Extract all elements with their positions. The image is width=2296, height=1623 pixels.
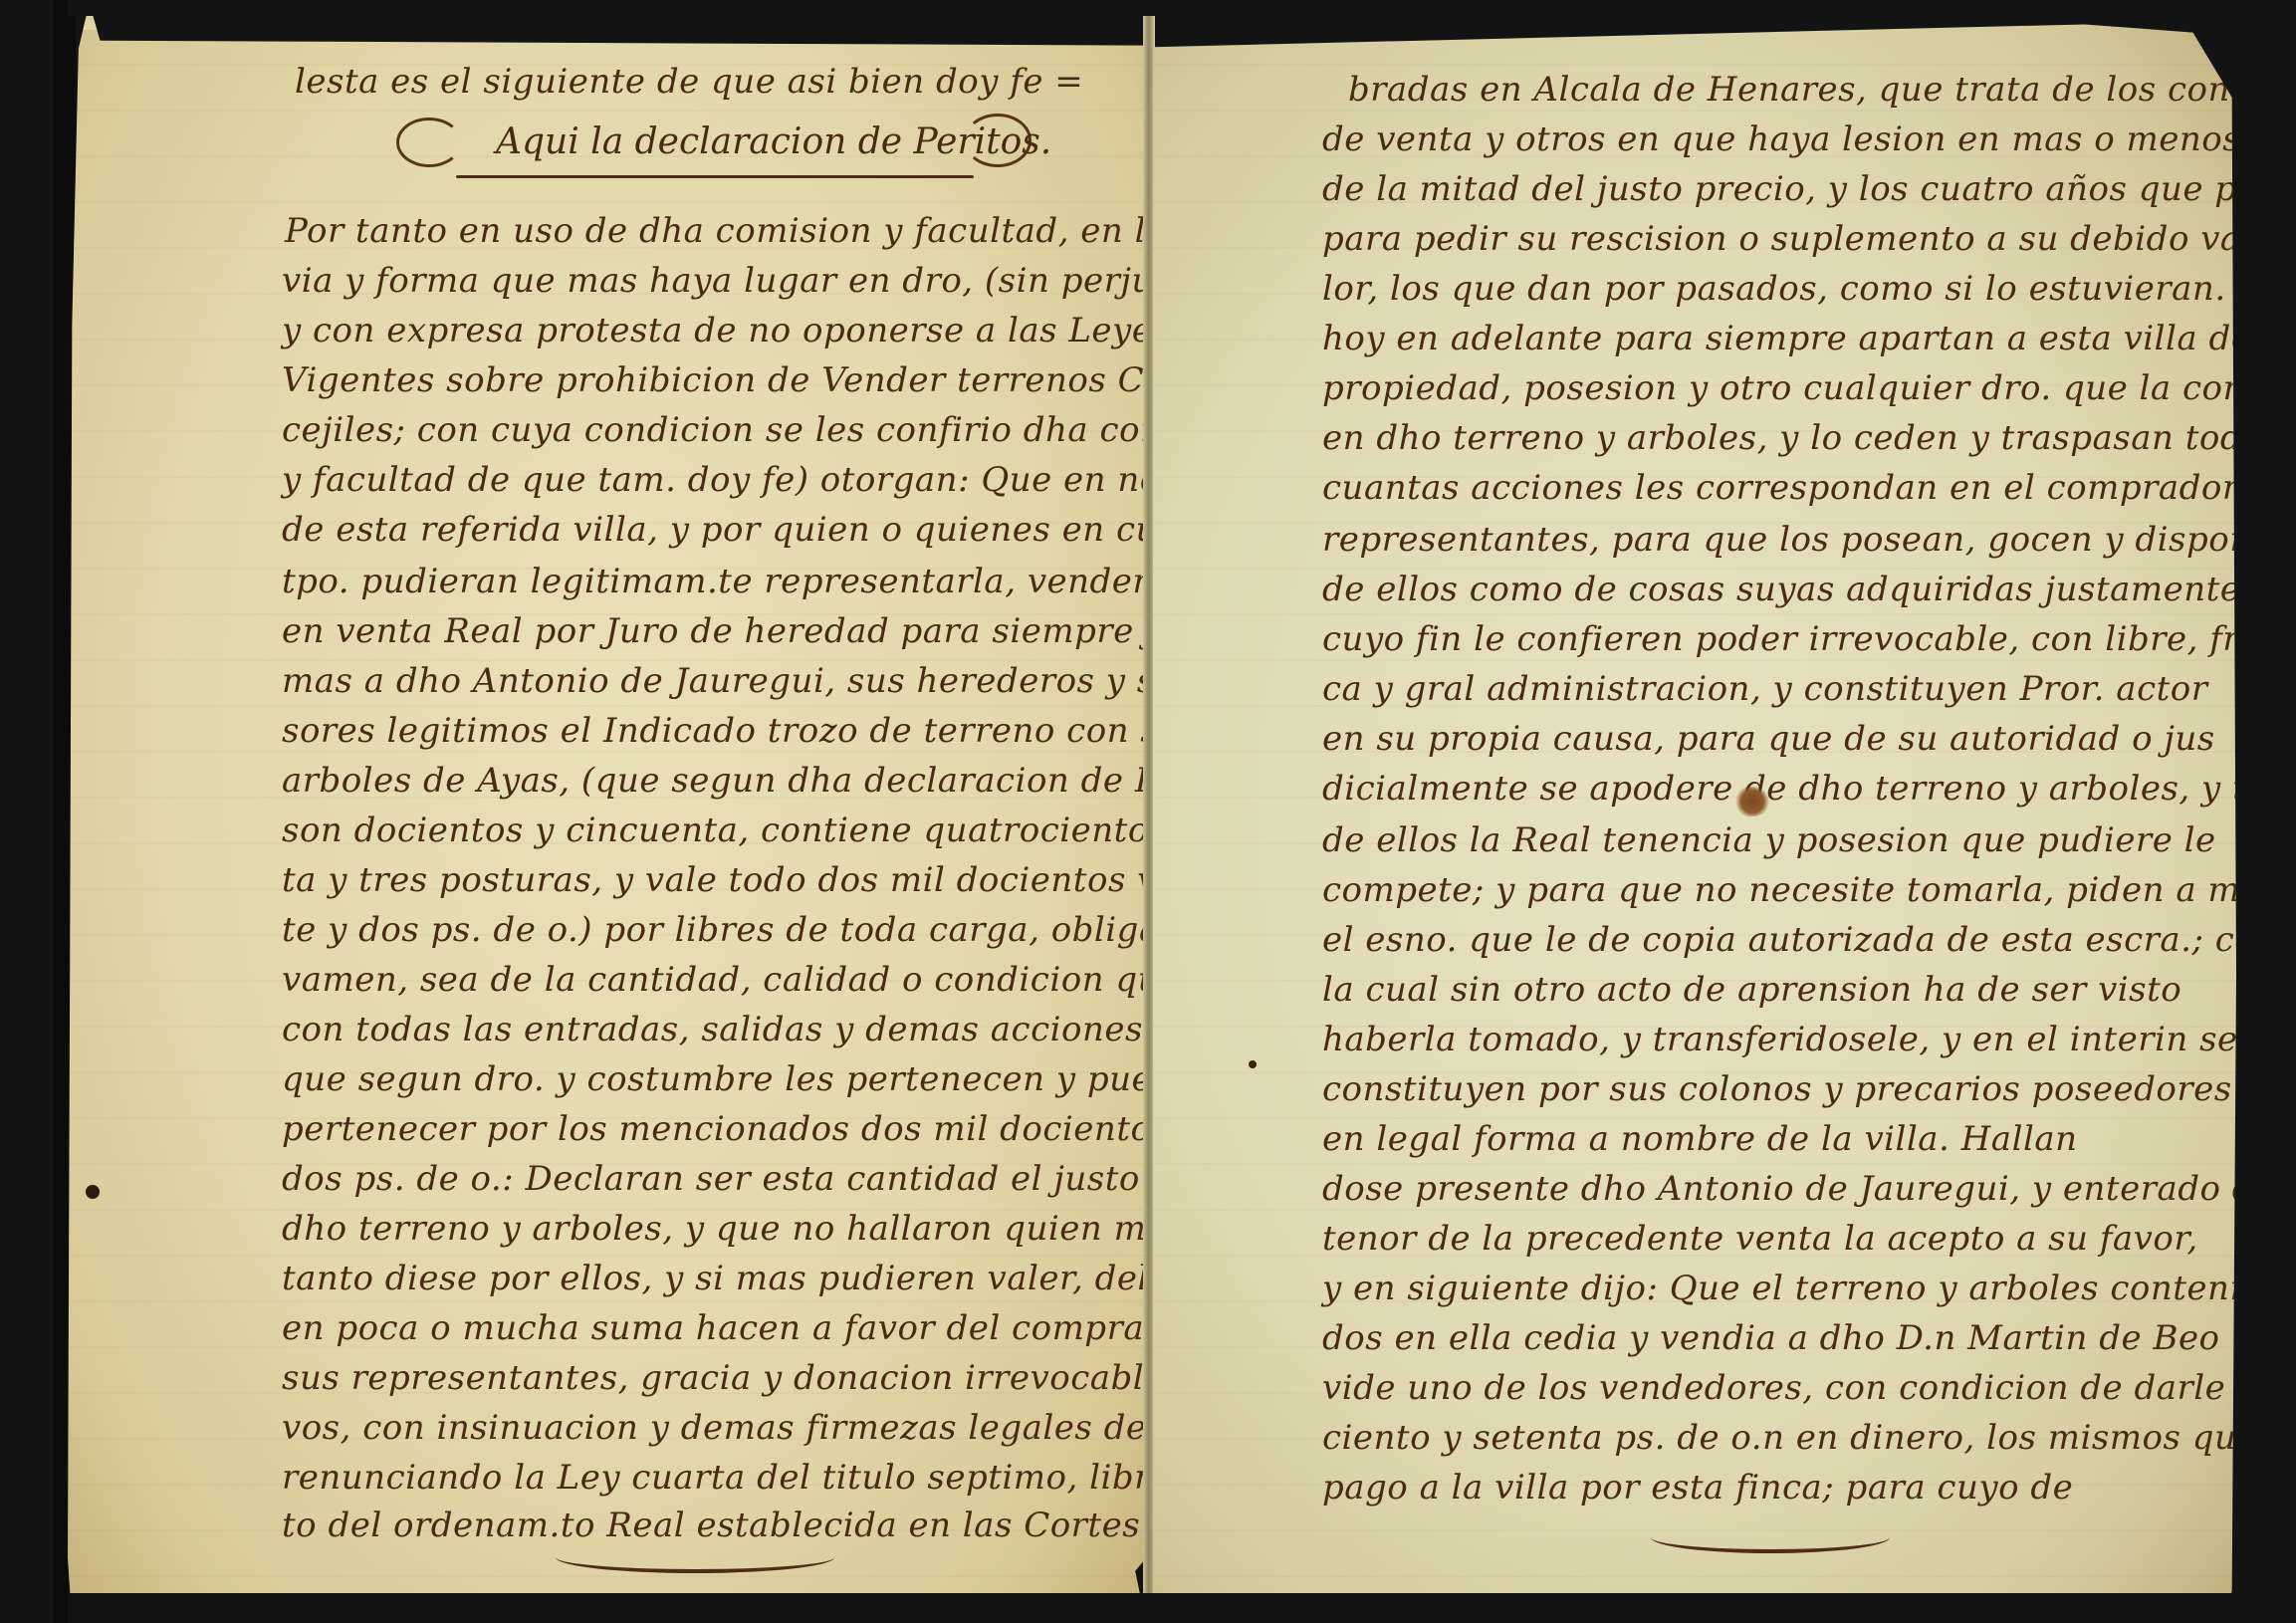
heading-underline	[456, 175, 974, 178]
manuscript-line: dicialmente se apodere de dho terreno y …	[1322, 769, 2296, 809]
manuscript-line: en venta Real por Juro de heredad para s…	[282, 611, 1177, 651]
manuscript-line: ca y gral administracion, y constituyen …	[1322, 669, 2208, 709]
manuscript-line: de venta y otros en que haya lesion en m…	[1322, 119, 2240, 159]
manuscript-line: en poca o mucha suma hacen a favor del c…	[282, 1308, 1235, 1348]
manuscript-line: cejiles; con cuya condicion se les confi…	[282, 410, 1257, 450]
binding-hole	[86, 1185, 100, 1199]
manuscript-line: para pedir su rescision o suplemento a s…	[1322, 219, 2241, 259]
manuscript-line: tanto diese por ellos, y si mas pudieren…	[282, 1259, 1279, 1298]
ink-stain	[1735, 787, 1769, 816]
flourish-left	[396, 117, 462, 167]
manuscript-line: representantes, para que los posean, goc…	[1322, 520, 2296, 560]
manuscript-line: bradas en Alcala de Henares, que trata d…	[1348, 70, 2296, 110]
scan-top-margin	[68, 0, 2236, 16]
manuscript-line: y facultad de que tam. doy fe) otorgan: …	[282, 460, 1253, 500]
manuscript-line: arboles de Ayas, (que segun dha declarac…	[282, 761, 1259, 801]
margin-ink-dot	[1249, 1060, 1257, 1068]
manuscript-line: y con expresa protesta de no oponerse a …	[282, 311, 1170, 350]
manuscript-line: dos en ella cedia y vendia a dho D.n Mar…	[1322, 1318, 2220, 1358]
manuscript-line: to del ordenam.to Real establecida en la…	[282, 1506, 1224, 1545]
manuscript-line: mas a dho Antonio de Jauregui, sus hered…	[282, 661, 1217, 701]
manuscript-line: via y forma que mas haya lugar en dro, (…	[282, 261, 1228, 301]
manuscript-line: tpo. pudieran legitimam.te representarla…	[282, 562, 1263, 601]
left-page: lesta es el siguiente de que asi bien do…	[68, 0, 1146, 1623]
manuscript-line: de ellos como de cosas suyas adquiridas …	[1322, 570, 2284, 609]
manuscript-line: con todas las entradas, salidas y demas …	[282, 1010, 1287, 1049]
manuscript-line: ciento y setenta ps. de o.n en dinero, l…	[1322, 1418, 2257, 1458]
scan-bottom-margin	[68, 1593, 2236, 1623]
manuscript-line: Vigentes sobre prohibicion de Vender ter…	[282, 360, 1188, 400]
manuscript-line: de la mitad del justo precio, y los cuat…	[1322, 169, 2296, 209]
manuscript-line: dose presente dho Antonio de Jauregui, y…	[1322, 1169, 2286, 1209]
manuscript-line: pago a la villa por esta finca; para cuy…	[1322, 1468, 2073, 1507]
manuscript-line: sores legitimos el Indicado trozo de ter…	[282, 711, 1199, 751]
manuscript-line: vide uno de los vendedores, con condicio…	[1322, 1368, 2225, 1408]
manuscript-line: propiedad, posesion y otro cualquier dro…	[1322, 368, 2296, 408]
manuscript-line: sus representantes, gracia y donacion ir…	[282, 1358, 1292, 1398]
right-page: bradas en Alcala de Henares, que trata d…	[1153, 0, 2236, 1623]
manuscript-line: en legal forma a nombre de la villa. Hal…	[1322, 1119, 2078, 1159]
manuscript-line: tenor de la precedente venta la acepto a…	[1322, 1219, 2198, 1259]
manuscript-line: son docientos y cincuenta, contiene quat…	[282, 811, 1277, 850]
end-flourish	[1651, 1521, 1890, 1553]
manuscript-line: y en siguiente dijo: Que el terreno y ar…	[1322, 1269, 2241, 1308]
manuscript-line: dho terreno y arboles, y que no hallaron…	[282, 1209, 1230, 1249]
manuscript-line: de ellos la Real tenencia y posesion que…	[1322, 820, 2216, 860]
manuscript-line: renunciando la Ley cuarta del titulo sep…	[282, 1458, 1262, 1498]
manuscript-line: constituyen por sus colonos y precarios …	[1322, 1069, 2232, 1109]
manuscript-line: vos, con insinuacion y demas firmezas le…	[282, 1408, 1260, 1448]
section-heading: Aqui la declaracion de Peritos.	[496, 121, 1051, 162]
manuscript-line: en su propia causa, para que de su autor…	[1322, 719, 2215, 759]
manuscript-line: ta y tres posturas, y vale todo dos mil …	[282, 860, 1211, 900]
manuscript-line: lor, los que dan por pasados, como si lo…	[1322, 269, 2296, 309]
manuscript-line: en dho terreno y arboles, y lo ceden y t…	[1322, 418, 2296, 458]
manuscript-line: hoy en adelante para siempre apartan a e…	[1322, 319, 2295, 358]
manuscript-line: de esta referida villa, y por quien o qu…	[282, 510, 1224, 550]
manuscript-line: cuantas acciones les correspondan en el …	[1322, 468, 2296, 508]
manuscript-line: compete; y para que no necesite tomarla,…	[1322, 870, 2252, 910]
manuscript-line: que segun dro. y costumbre les pertenece…	[282, 1059, 1217, 1099]
manuscript-line: haberla tomado, y transferidosele, y en …	[1322, 1020, 2238, 1059]
end-flourish	[556, 1541, 834, 1573]
manuscript-line: cuyo fin le confieren poder irrevocable,…	[1322, 619, 2282, 659]
manuscript-line: Por tanto en uso de dha comision y facul…	[285, 211, 1167, 251]
manuscript-line: lesta es el siguiente de que asi bien do…	[295, 62, 1083, 102]
manuscript-line: el esno. que le de copia autorizada de e…	[1322, 920, 2278, 960]
manuscript-line: la cual sin otro acto de aprension ha de…	[1322, 970, 2181, 1010]
